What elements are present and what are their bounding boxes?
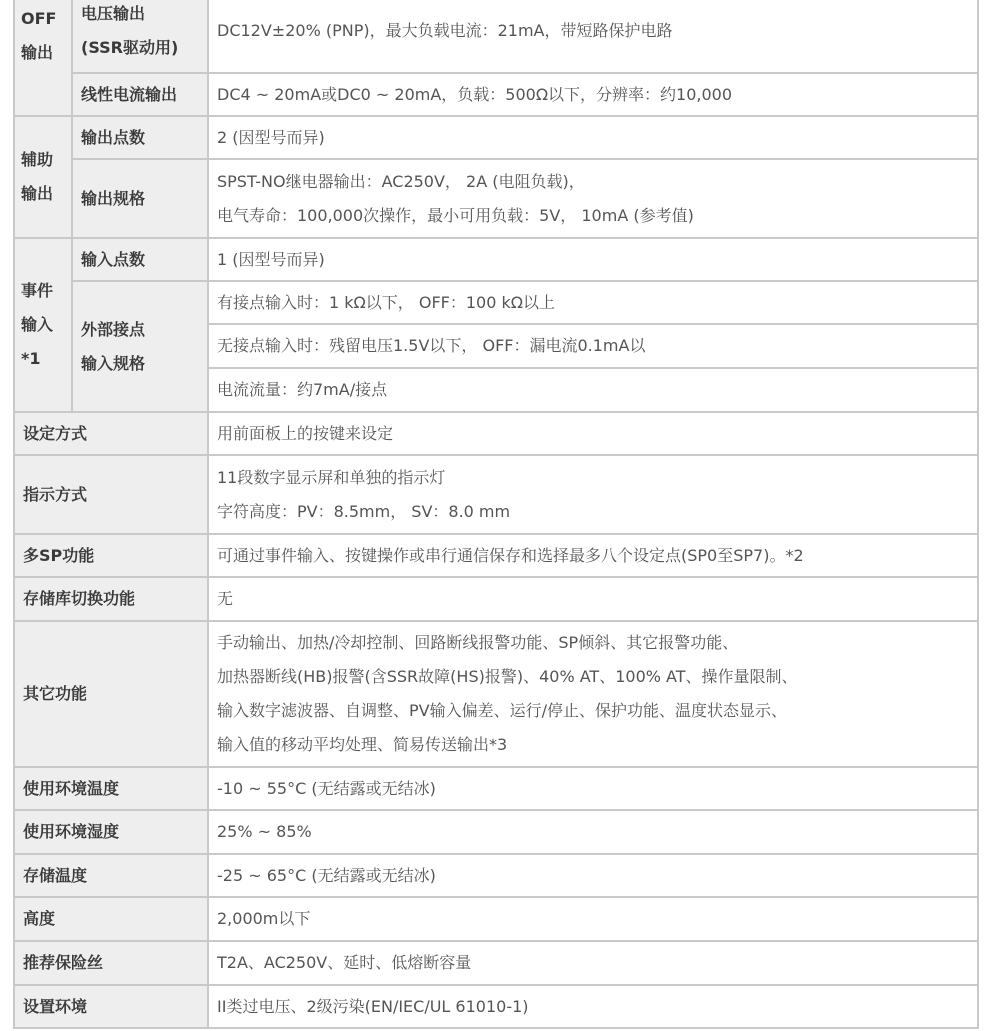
- table-row: 辅助 输出 输出点数 2 (因型号而异): [14, 116, 978, 159]
- row-value-ambient-temperature: -10 ~ 55°C (无结露或无结冰): [208, 767, 978, 810]
- row-label-indication-method: 指示方式: [14, 455, 208, 534]
- row-label-other-functions: 其它功能: [14, 621, 208, 767]
- value-line: 字符高度：PV：8.5mm， SV：8.0 mm: [217, 495, 969, 529]
- row-value-altitude: 2,000m以下: [208, 897, 978, 941]
- group-label-line: 输出: [21, 36, 65, 70]
- table-row: 多SP功能 可通过事件输入、按键操作或串行通信保存和选择最多八个设定点(SP0至…: [14, 534, 978, 577]
- table-row: 指示方式 11段数字显示屏和单独的指示灯 字符高度：PV：8.5mm， SV：8…: [14, 455, 978, 534]
- row-label-storage-temperature: 存储温度: [14, 854, 208, 897]
- value-line: 电气寿命：100,000次操作，最小可用负载：5V， 10mA (参考值): [217, 199, 969, 233]
- row-value-ambient-humidity: 25% ~ 85%: [208, 810, 978, 854]
- row-value-output-points: 2 (因型号而异): [208, 116, 978, 159]
- group-label-off-output: OFF 输出: [14, 0, 72, 116]
- row-value-storage-temperature: -25 ~ 65°C (无结露或无结冰): [208, 854, 978, 897]
- value-line: II类过电压、2级污染(EN/IEC/UL 61010-1): [217, 990, 969, 1024]
- value-line: T2A、AC250V、延时、低熔断容量: [217, 946, 969, 980]
- row-label-multi-sp: 多SP功能: [14, 534, 208, 577]
- table-row: 外部接点 输入规格 有接点输入时：1 kΩ以下， OFF：100 kΩ以上: [14, 281, 978, 324]
- table-row: 设置环境 II类过电压、2级污染(EN/IEC/UL 61010-1): [14, 985, 978, 1028]
- table-row: 线性电流输出 DC4 ~ 20mA或DC0 ~ 20mA，负载：500Ω以下，分…: [14, 73, 978, 116]
- row-label-line: (SSR驱动用): [81, 31, 199, 65]
- table-row: 事件 输入 *1 输入点数 1 (因型号而异): [14, 238, 978, 281]
- row-value-input-points: 1 (因型号而异): [208, 238, 978, 281]
- value-line: 11段数字显示屏和单独的指示灯: [217, 461, 969, 495]
- table-row: 存储温度 -25 ~ 65°C (无结露或无结冰): [14, 854, 978, 897]
- row-value-bank-switching: 无: [208, 577, 978, 621]
- row-value-linear-current-output: DC4 ~ 20mA或DC0 ~ 20mA，负载：500Ω以下，分辨率：约10,…: [208, 73, 978, 116]
- group-label-line: 输入: [21, 308, 65, 342]
- row-value-installation-environment: II类过电压、2级污染(EN/IEC/UL 61010-1): [208, 985, 978, 1028]
- value-line: -25 ~ 65°C (无结露或无结冰): [217, 859, 969, 893]
- table-row: 使用环境温度 -10 ~ 55°C (无结露或无结冰): [14, 767, 978, 810]
- row-value-voltage-output: DC12V±20% (PNP)，最大负载电流：21mA，带短路保护电路: [208, 0, 978, 73]
- row-value-other-functions: 手动输出、加热/冷却控制、回路断线报警功能、SP倾斜、其它报警功能、 加热器断线…: [208, 621, 978, 767]
- value-line: 无: [217, 582, 969, 616]
- row-label-output-spec: 输出规格: [72, 159, 208, 238]
- table-row: 设定方式 用前面板上的按键来设定: [14, 412, 978, 455]
- table-row: 其它功能 手动输出、加热/冷却控制、回路断线报警功能、SP倾斜、其它报警功能、 …: [14, 621, 978, 767]
- value-line: 输入数字滤波器、自调整、PV输入偏差、运行/停止、保护功能、温度状态显示、: [217, 694, 969, 728]
- table-row: 输出规格 SPST-NO继电器输出：AC250V， 2A (电阻负载)， 电气寿…: [14, 159, 978, 238]
- row-value-setting-method: 用前面板上的按键来设定: [208, 412, 978, 455]
- group-label-line: 辅助: [21, 143, 65, 177]
- row-value-indication-method: 11段数字显示屏和单独的指示灯 字符高度：PV：8.5mm， SV：8.0 mm: [208, 455, 978, 534]
- row-label-ambient-humidity: 使用环境湿度: [14, 810, 208, 854]
- table-row: 存储库切换功能 无: [14, 577, 978, 621]
- group-label-line: 事件: [21, 274, 65, 308]
- table-row: 使用环境湿度 25% ~ 85%: [14, 810, 978, 854]
- group-label-line: OFF: [21, 2, 65, 36]
- row-label-line: 外部接点: [81, 313, 199, 347]
- row-label-altitude: 高度: [14, 897, 208, 941]
- value-line: 用前面板上的按键来设定: [217, 417, 969, 451]
- value-line: -10 ~ 55°C (无结露或无结冰): [217, 772, 969, 806]
- row-label-ambient-temperature: 使用环境温度: [14, 767, 208, 810]
- row-value-recommended-fuse: T2A、AC250V、延时、低熔断容量: [208, 941, 978, 985]
- group-label-aux-output: 辅助 输出: [14, 116, 72, 238]
- value-line: 25% ~ 85%: [217, 815, 969, 849]
- value-line: 2,000m以下: [217, 902, 969, 936]
- group-label-line: 输出: [21, 177, 65, 211]
- value-line: 手动输出、加热/冷却控制、回路断线报警功能、SP倾斜、其它报警功能、: [217, 626, 969, 660]
- row-label-bank-switching: 存储库切换功能: [14, 577, 208, 621]
- row-label-line: 电压输出: [81, 0, 199, 31]
- row-label-recommended-fuse: 推荐保险丝: [14, 941, 208, 985]
- table-row: OFF 输出 电压输出 (SSR驱动用) DC12V±20% (PNP)，最大负…: [14, 0, 978, 73]
- value-line: 输入值的移动平均处理、简易传送输出*3: [217, 728, 969, 762]
- group-label-line: *1: [21, 342, 65, 376]
- row-value-multi-sp: 可通过事件输入、按键操作或串行通信保存和选择最多八个设定点(SP0至SP7)。*…: [208, 534, 978, 577]
- value-line: 加热器断线(HB)报警(含SSR故障(HS)报警)、40% AT、100% AT…: [217, 660, 969, 694]
- row-label-installation-environment: 设置环境: [14, 985, 208, 1028]
- row-label-linear-current-output: 线性电流输出: [72, 73, 208, 116]
- table-row: 高度 2,000m以下: [14, 897, 978, 941]
- row-label-external-contact-spec: 外部接点 输入规格: [72, 281, 208, 412]
- group-label-event-input: 事件 输入 *1: [14, 238, 72, 412]
- row-label-output-points: 输出点数: [72, 116, 208, 159]
- row-label-voltage-output: 电压输出 (SSR驱动用): [72, 0, 208, 73]
- row-value-non-contact-input: 无接点输入时：残留电压1.5V以下， OFF：漏电流0.1mA以: [208, 324, 978, 368]
- row-label-setting-method: 设定方式: [14, 412, 208, 455]
- value-line: SPST-NO继电器输出：AC250V， 2A (电阻负载)，: [217, 165, 969, 199]
- row-value-contact-input: 有接点输入时：1 kΩ以下， OFF：100 kΩ以上: [208, 281, 978, 324]
- row-label-input-points: 输入点数: [72, 238, 208, 281]
- value-line: 可通过事件输入、按键操作或串行通信保存和选择最多八个设定点(SP0至SP7)。*…: [217, 539, 969, 573]
- spec-table: OFF 输出 电压输出 (SSR驱动用) DC12V±20% (PNP)，最大负…: [13, 0, 979, 1029]
- row-label-line: 输入规格: [81, 347, 199, 381]
- row-value-current-flow: 电流流量：约7mA/接点: [208, 368, 978, 412]
- row-value-output-spec: SPST-NO继电器输出：AC250V， 2A (电阻负载)， 电气寿命：100…: [208, 159, 978, 238]
- table-row: 推荐保险丝 T2A、AC250V、延时、低熔断容量: [14, 941, 978, 985]
